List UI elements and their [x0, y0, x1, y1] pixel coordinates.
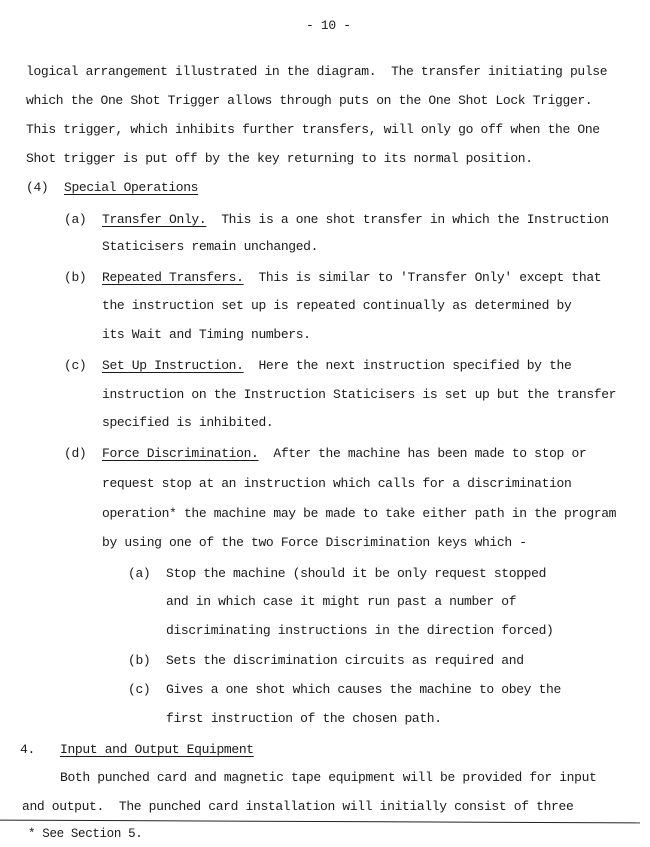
text-line: This trigger, which inhibits further tra…: [26, 122, 600, 138]
section-heading: Repeated Transfers.: [102, 270, 244, 285]
text-line: operation* the machine may be made to ta…: [102, 506, 616, 522]
section-heading-line: Transfer Only. This is a one shot transf…: [102, 212, 609, 228]
line-text: This is similar to 'Transfer Only' excep…: [244, 270, 602, 285]
footnote-divider: [0, 820, 640, 824]
text-line: Sets the discrimination circuits as requ…: [166, 653, 524, 669]
item-label: (c): [128, 682, 150, 698]
section-heading-line: Repeated Transfers. This is similar to '…: [102, 270, 601, 286]
line-text: first instruction of the chosen path.: [166, 711, 442, 726]
text-line: which the One Shot Trigger allows throug…: [26, 93, 592, 109]
line-text: and output. The punched card installatio…: [22, 799, 573, 814]
item-label: (a): [128, 566, 150, 582]
line-text: logical arrangement illustrated in the d…: [26, 64, 607, 79]
line-text: by using one of the two Force Discrimina…: [102, 535, 527, 550]
footnote: * See Section 5.: [28, 826, 142, 842]
section-heading: Input and Output Equipment: [60, 742, 254, 757]
section-heading: Special Operations: [64, 180, 198, 195]
line-text: Both punched card and magnetic tape equi…: [60, 770, 597, 785]
text-line: Staticisers remain unchanged.: [102, 239, 318, 255]
text-line: specified is inhibited.: [102, 415, 273, 431]
item-label: (a): [64, 212, 86, 228]
line-text: and in which case it might run past a nu…: [166, 594, 516, 609]
section-heading: Set Up Instruction.: [102, 358, 244, 373]
section-heading-line: Input and Output Equipment: [60, 742, 254, 758]
text-line: by using one of the two Force Discrimina…: [102, 535, 527, 551]
line-text: Here the next instruction specified by t…: [244, 358, 572, 373]
line-text: its Wait and Timing numbers.: [102, 327, 311, 342]
section-heading-line: Force Discrimination. After the machine …: [102, 446, 586, 462]
line-text: Gives a one shot which causes the machin…: [166, 682, 561, 697]
line-text: specified is inhibited.: [102, 415, 273, 430]
line-text: Shot trigger is put off by the key retur…: [26, 151, 533, 166]
text-line: request stop at an instruction which cal…: [102, 476, 571, 492]
line-text: This is a one shot transfer in which the…: [206, 212, 608, 227]
line-text: the instruction set up is repeated conti…: [102, 298, 571, 313]
line-text: instruction on the Instruction Staticise…: [102, 387, 616, 402]
text-line: Both punched card and magnetic tape equi…: [60, 770, 597, 786]
section-heading-line: Special Operations: [64, 180, 198, 196]
line-text: This trigger, which inhibits further tra…: [26, 122, 600, 137]
text-line: Gives a one shot which causes the machin…: [166, 682, 561, 698]
item-label: (4): [26, 180, 48, 196]
text-line: its Wait and Timing numbers.: [102, 327, 311, 343]
item-label: (b): [128, 653, 150, 669]
section-heading: Force Discrimination.: [102, 446, 258, 461]
text-line: instruction on the Instruction Staticise…: [102, 387, 616, 403]
text-line: the instruction set up is repeated conti…: [102, 298, 571, 314]
text-line: Shot trigger is put off by the key retur…: [26, 151, 533, 167]
text-line: Stop the machine (should it be only requ…: [166, 566, 546, 582]
line-text: Stop the machine (should it be only requ…: [166, 566, 546, 581]
item-label: (b): [64, 270, 86, 286]
line-text: which the One Shot Trigger allows throug…: [26, 93, 592, 108]
text-line: logical arrangement illustrated in the d…: [26, 64, 607, 80]
item-label: 4.: [20, 742, 35, 758]
text-line: and in which case it might run past a nu…: [166, 594, 516, 610]
line-text: operation* the machine may be made to ta…: [102, 506, 616, 521]
line-text: request stop at an instruction which cal…: [102, 476, 571, 491]
text-line: first instruction of the chosen path.: [166, 711, 442, 727]
text-line: discriminating instructions in the direc…: [166, 623, 553, 639]
line-text: Staticisers remain unchanged.: [102, 239, 318, 254]
line-text: Sets the discrimination circuits as requ…: [166, 653, 524, 668]
section-heading-line: Set Up Instruction. Here the next instru…: [102, 358, 571, 374]
section-heading: Transfer Only.: [102, 212, 206, 227]
item-label: (d): [64, 446, 86, 462]
text-line: and output. The punched card installatio…: [22, 799, 573, 815]
item-label: (c): [64, 358, 86, 374]
line-text: discriminating instructions in the direc…: [166, 623, 553, 638]
line-text: After the machine has been made to stop …: [258, 446, 586, 461]
page-number: - 10 -: [306, 18, 351, 34]
